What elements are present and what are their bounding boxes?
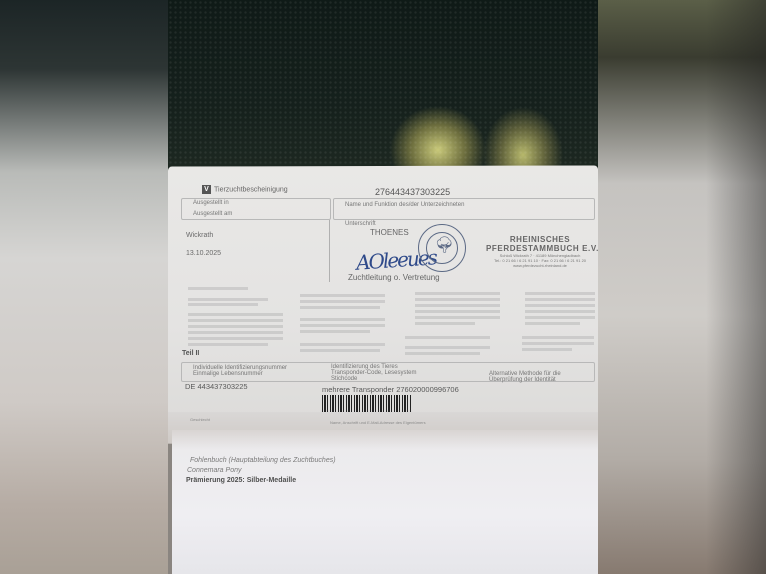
official-stamp: 🌳︎: [418, 224, 466, 272]
field-1-2-label: Einmalige Lebensnummer: [193, 371, 263, 377]
section-badge: V: [202, 185, 211, 194]
field-10-1-label: Ausgestellt in: [193, 200, 229, 206]
blurred-background-left: [0, 0, 168, 574]
field-10-2-label: Ausgestellt am: [193, 211, 232, 217]
tree-emblem-icon: 🌳︎: [434, 238, 454, 254]
org-line2: PFERDESTAMMBUCH E.V.: [486, 244, 594, 253]
lower-page: [172, 430, 598, 574]
certificate-number: 276443437303225: [375, 187, 450, 197]
section-title: Tierzuchtbescheinigung: [214, 186, 288, 193]
dark-textured-surface: [168, 0, 598, 172]
issued-on-value: 13.10.2025: [186, 250, 221, 257]
studbook-section: Fohlenbuch (Hauptabteilung des Zuchtbuch…: [190, 457, 336, 464]
field-2-2-label: Alternative Methode für die Überprüfung …: [489, 371, 589, 383]
part2-title: Teil II: [182, 350, 199, 357]
award-text: Prämierung 2025: Silber-Medaille: [186, 477, 296, 484]
blurred-background-right: [598, 0, 766, 574]
transponder-value: mehrere Transponder 276020000996706: [322, 385, 459, 394]
issued-in-value: Wickrath: [186, 232, 213, 239]
ueln-value: DE 443437303225: [185, 382, 248, 391]
stub-label-sex: Geschlecht: [190, 417, 210, 422]
signer-name: THOENES: [370, 228, 409, 237]
field-2-1b-label: Stichcode: [331, 376, 357, 382]
org-line1: RHEINISCHES: [486, 235, 594, 244]
field-12-4-label: Unterschrift: [345, 221, 376, 227]
breed-name: Connemara Pony: [187, 467, 241, 474]
column-divider: [329, 220, 330, 282]
stub-label-owner: Name, Anschrift und E-Mail-Adresse des E…: [330, 420, 426, 425]
signer-role: Zuchtleitung o. Vertretung: [348, 273, 440, 282]
transponder-barcode: [322, 395, 412, 412]
field-12-3-label: Name und Funktion des/der Unterzeichnete…: [345, 202, 464, 208]
org-web: www.pferdezucht-rheinland.de: [486, 263, 594, 268]
section-header: VTierzuchtbescheinigung: [202, 185, 288, 194]
organization-letterhead: RHEINISCHES PFERDESTAMMBUCH E.V. Schloß …: [486, 235, 594, 268]
